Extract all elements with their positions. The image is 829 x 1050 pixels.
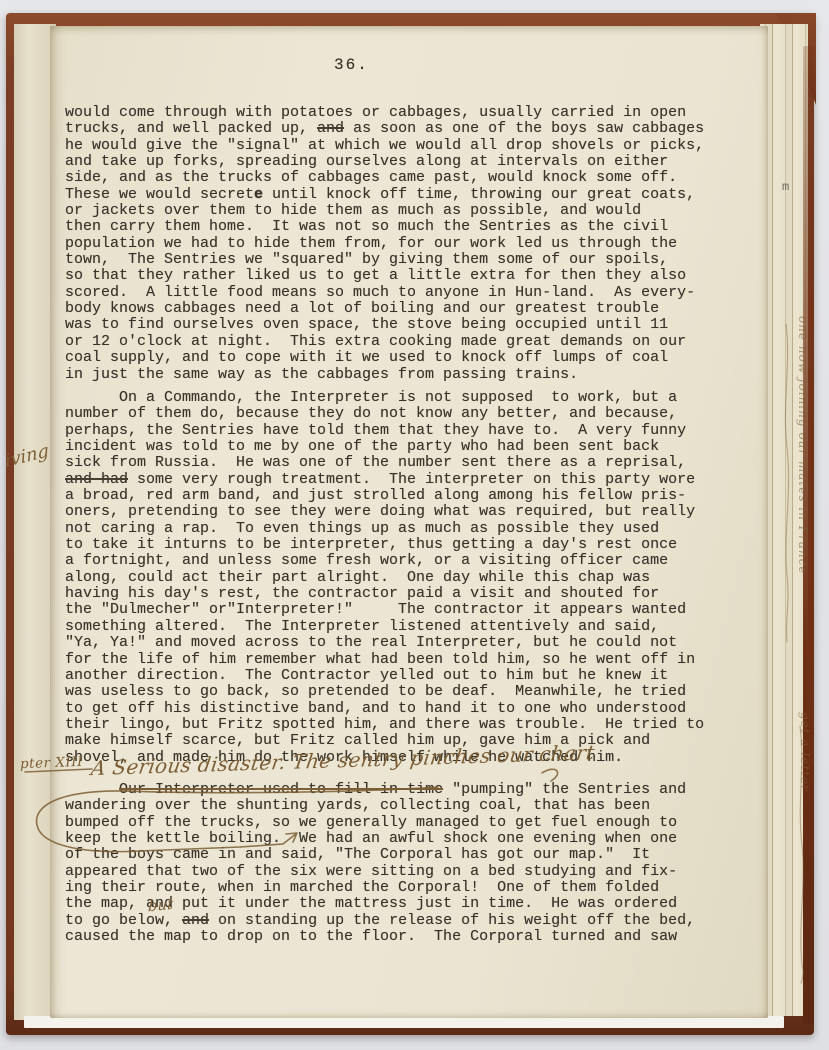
page-edge-marginalia-lower: get a letter [798,712,812,792]
text-line: their lingo, but Fritz spotted him, and … [65,717,704,733]
chapter-number-margin-note: pter XIII [20,754,83,772]
text-line: something altered. The Interpreter liste… [65,619,704,635]
text-line: of the boys came in and said, "The Corpo… [65,847,695,863]
text-line: not caring a rap. To even things up as m… [65,521,704,537]
page-number: 36. [334,56,369,74]
text-line: bumped off the trucks, so we generally m… [65,815,695,831]
text-line: would come through with potatoes or cabb… [65,105,704,121]
text-line: along, could act their part alright. One… [65,570,704,586]
text-line: oners, pretending to see they were doing… [65,504,704,520]
text-line: side, and as the trucks of cabbages came… [65,170,704,186]
text-line: and take up forks, spreading ourselves a… [65,154,704,170]
text-line: to take it inturns to be interpreter, th… [65,537,704,553]
page-edge-stray-letter: m [782,180,789,194]
text-line: in just the same way as the cabbages fro… [65,367,704,383]
text-line: caused the map to drop on to the floor. … [65,929,695,945]
text-line: On a Commando, the Interpreter is not su… [65,390,704,406]
text-line: another direction. The Contractor yelled… [65,668,704,684]
text-line: incident was told to me by one of the pa… [65,439,704,455]
text-line: scored. A little food means so much to a… [65,285,704,301]
text-line: he would give the "signal" at which we w… [65,138,704,154]
text-line: a broad, red arm band, and just strolled… [65,488,704,504]
text-line: "Ya, Ya!" and moved across to the real I… [65,635,704,651]
text-line: having his day's rest, the contractor pa… [65,586,704,602]
paragraph: would come through with potatoes or cabb… [65,105,704,383]
text-line: perhaps, the Sentries have told them tha… [65,423,704,439]
text-line: wandering over the shunting yards, colle… [65,798,695,814]
text-line: so that they rather liked us to get a li… [65,268,704,284]
text-line: to go below, and on standing up the rele… [65,913,695,929]
paragraph: Our Interpreter used to fill in time "pu… [65,782,695,945]
text-line: keep the kettle boiling. We had an awful… [65,831,695,847]
text-line: coal supply, and to cope with it we used… [65,350,704,366]
page-edge-marginalia-upper: one now joining our mates in France [796,316,810,575]
text-line: or jackets over them to hide them as muc… [65,203,704,219]
text-line: sick from Russia. He was one of the numb… [65,455,704,471]
text-line: and had some very rough treatment. The i… [65,472,704,488]
scanned-book-page: 36. would come through with potatoes or … [0,0,829,1050]
text-line: a fortnight, and unless some fresh work,… [65,553,704,569]
text-line: town, The Sentries we "squared" by givin… [65,252,704,268]
text-line: number of them do, because they do not k… [65,406,704,422]
text-line: the "Dulmecher" or"Interpreter!" The con… [65,602,704,618]
text-line: was to find ourselves oven space, the st… [65,317,704,333]
text-line: trucks, and well packed up, and as soon … [65,121,704,137]
text-line: was useless to go back, so pretended to … [65,684,704,700]
text-line: then carry them home. It was not so much… [65,219,704,235]
text-line: population we had to hide them from, for… [65,236,704,252]
text-line: for the life of him remember what had be… [65,652,704,668]
text-line: body knows cabbages need a lot of boilin… [65,301,704,317]
text-line: ing their route, when in marched the Cor… [65,880,695,896]
paragraph: On a Commando, the Interpreter is not su… [65,390,704,766]
text-line: or 12 o'clock at night. This extra cooki… [65,334,704,350]
text-line: These we would secrete until knock off t… [65,187,704,203]
interline-correction-word: but [147,895,173,916]
text-line: to get off his distinctive band, and to … [65,701,704,717]
text-line: Our Interpreter used to fill in time "pu… [65,782,695,798]
text-line: appeared that two of the six were sittin… [65,864,695,880]
